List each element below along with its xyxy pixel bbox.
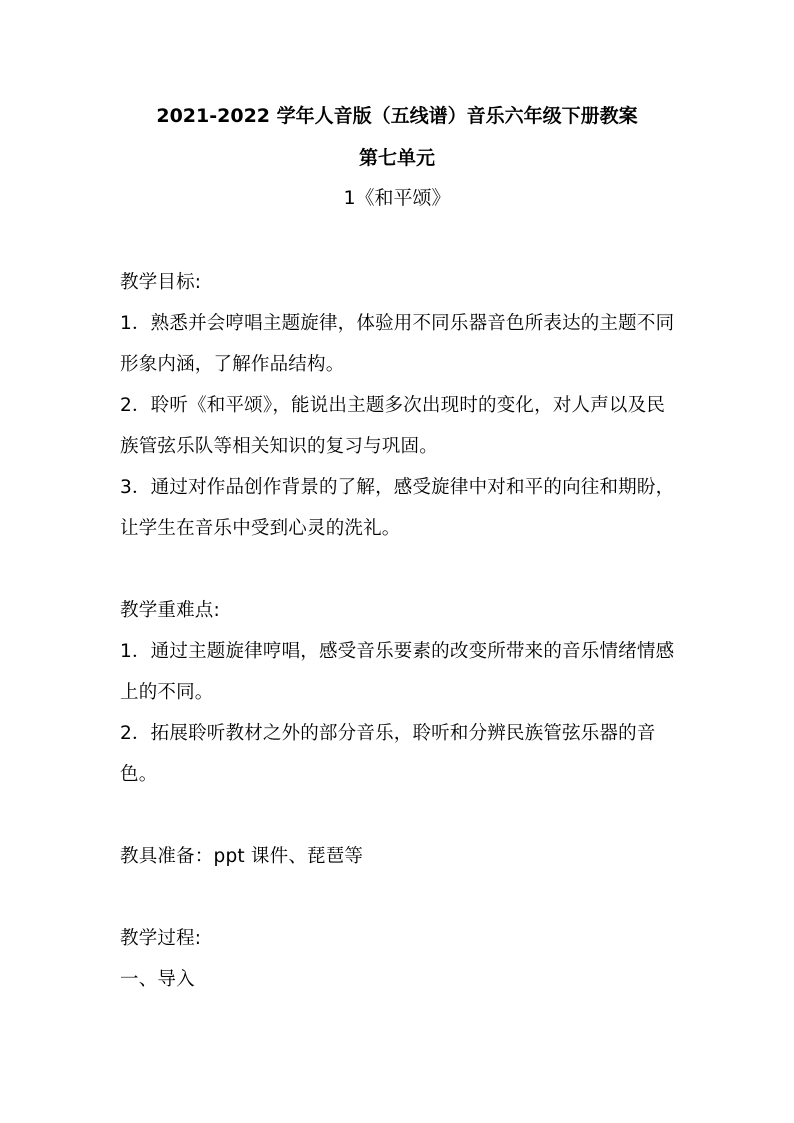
document-body: 教学目标: 1．熟悉并会哼唱主题旋律，体验用不同乐器音色所表达的主题不同 形象内… [120,262,680,1000]
spacer [120,877,680,918]
document-title: 2021-2022 学年人音版（五线谱）音乐六年级下册教案 [0,104,794,128]
objective-line: 2．聆听《和平颂》，能说出主题多次出现时的变化，对人声以及民 [120,385,680,426]
objective-line: 族管弦乐队等相关知识的复习与巩固。 [120,426,680,467]
objective-line: 3．通过对作品创作背景的了解，感受旋律中对和平的向往和期盼， [120,467,680,508]
key-point-line: 2．拓展聆听教材之外的部分音乐，聆听和分辨民族管弦乐器的音 [120,713,680,754]
key-points-heading: 教学重难点: [120,590,680,631]
key-point-line: 1．通过主题旋律哼唱，感受音乐要素的改变所带来的音乐情绪情感 [120,631,680,672]
process-line: 一、导入 [120,959,680,1000]
spacer [120,795,680,836]
lesson-heading: 1《和平颂》 [0,186,794,210]
process-heading: 教学过程: [120,918,680,959]
document-page: 2021-2022 学年人音版（五线谱）音乐六年级下册教案 第七单元 1《和平颂… [0,0,794,1123]
unit-heading: 第七单元 [0,146,794,170]
objectives-heading: 教学目标: [120,262,680,303]
key-point-line: 色。 [120,754,680,795]
objective-line: 1．熟悉并会哼唱主题旋律，体验用不同乐器音色所表达的主题不同 [120,303,680,344]
spacer [120,549,680,590]
objective-line: 让学生在音乐中受到心灵的洗礼。 [120,508,680,549]
key-point-line: 上的不同。 [120,672,680,713]
materials-line: 教具准备：ppt 课件、琵琶等 [120,836,680,877]
objective-line: 形象内涵，了解作品结构。 [120,344,680,385]
